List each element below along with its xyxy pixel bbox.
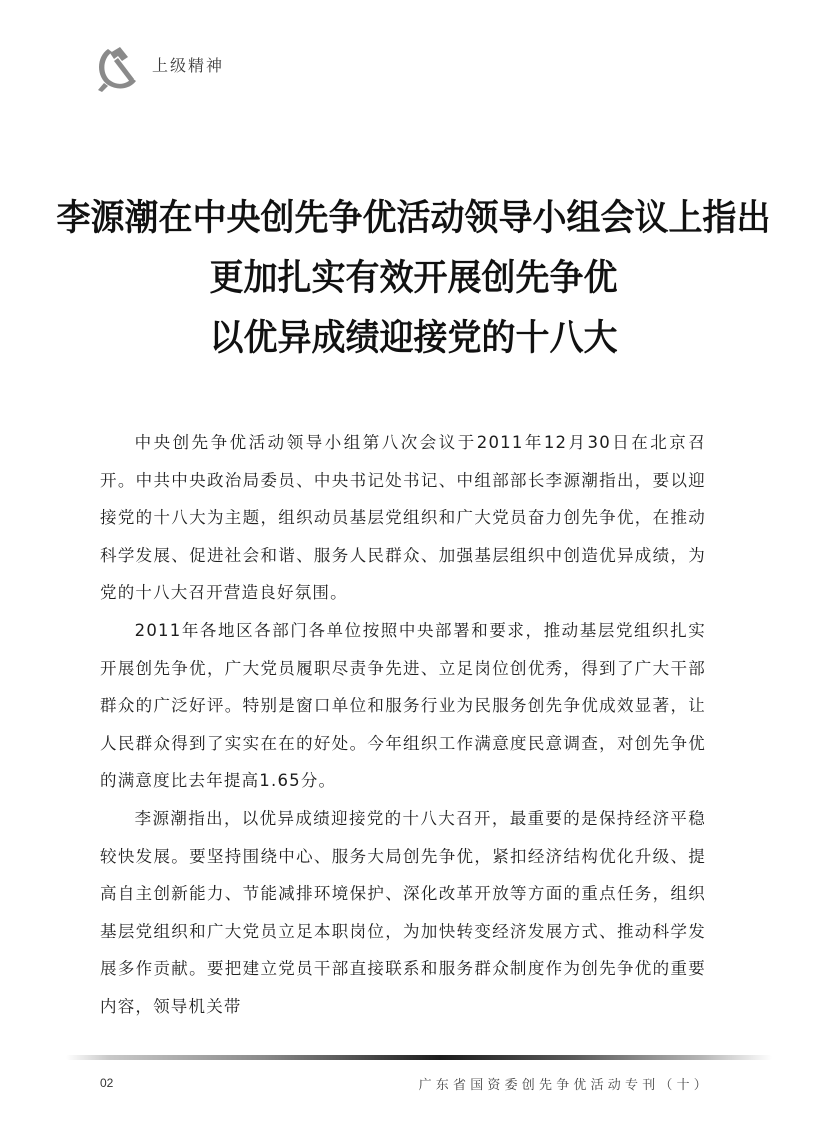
article-title: 李源潮在中央创先争优活动领导小组会议上指出 更加扎实有效开展创先争优 以优异成绩… (0, 188, 827, 368)
paragraph: 2011年各地区各部门各单位按照中央部署和要求，推动基层党组织扎实开展创先争优，… (100, 612, 706, 800)
hammer-and-sickle-icon (94, 43, 140, 93)
title-line-main: 李源潮在中央创先争优活动领导小组会议上指出 (0, 187, 827, 250)
title-line-subtitle-1: 更加扎实有效开展创先争优 (0, 247, 827, 310)
publication-title: 广东省国资委创先争优活动专刊（十） (419, 1074, 711, 1093)
section-label: 上级精神 (152, 53, 224, 76)
title-line-subtitle-2: 以优异成绩迎接党的十八大 (0, 307, 827, 370)
footer-divider (66, 1055, 772, 1060)
paragraph: 中央创先争优活动领导小组第八次会议于2011年12月30日在北京召开。中共中央政… (100, 424, 706, 612)
page-header: 上级精神 (94, 42, 224, 94)
page-number: 02 (100, 1076, 113, 1090)
article-body: 中央创先争优活动领导小组第八次会议于2011年12月30日在北京召开。中共中央政… (100, 424, 706, 1026)
paragraph: 李源潮指出，以优异成绩迎接党的十八大召开，最重要的是保持经济平稳较快发展。要坚持… (100, 800, 706, 1026)
